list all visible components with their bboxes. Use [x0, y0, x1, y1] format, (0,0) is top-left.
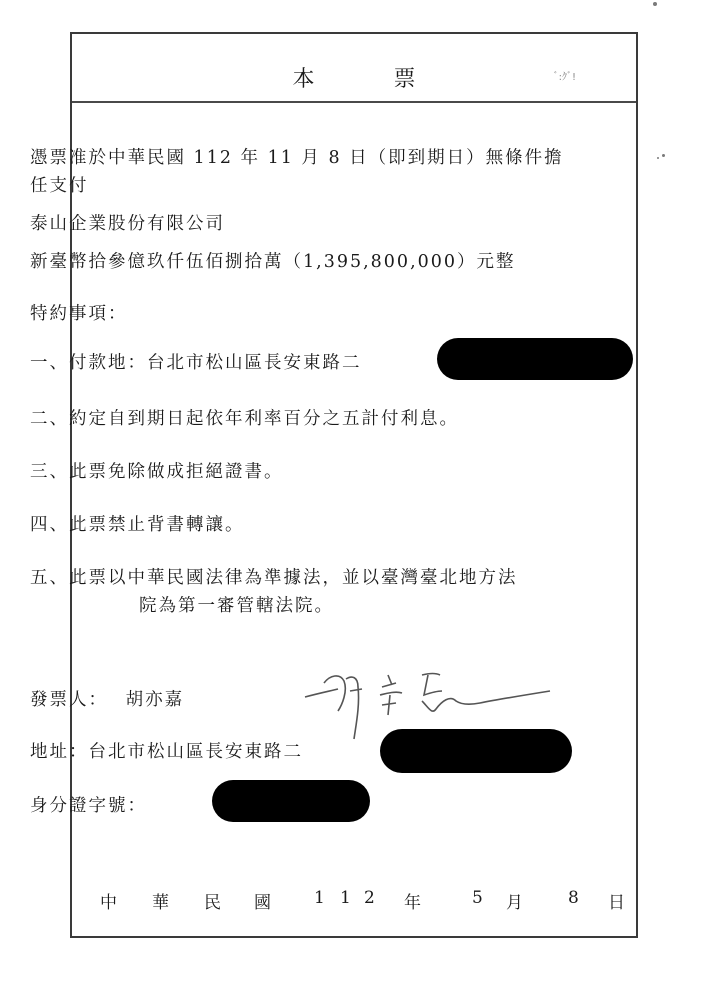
note-header: 本 票 ﾞ:ｸﾞ!: [72, 34, 636, 103]
term-2-interest: 二、約定自到期日起依年利率百分之五計付利息。: [30, 405, 459, 430]
term-1-payment-place: 一、付款地：台北市松山區長安東路二: [30, 349, 362, 374]
scan-speck: [662, 154, 665, 157]
date-year-digit: 1: [340, 888, 351, 908]
date-char: 國: [254, 888, 271, 913]
amount-line: 新臺幣拾參億玖仟伍佰捌拾萬（1,395,800,000）元整: [30, 248, 516, 273]
term-4-no-endorsement: 四、此票禁止背書轉讓。: [30, 511, 245, 536]
issuer-label: 發票人： 胡亦嘉: [30, 686, 184, 711]
payment-clause-line1: 憑票准於中華民國 112 年 11 月 8 日（即到期日）無條件擔: [30, 144, 564, 169]
term-3-protest-waiver: 三、此票免除做成拒絕證書。: [30, 458, 284, 483]
issuer-label-text: 發票人：: [30, 690, 108, 710]
date-char: 中: [100, 888, 117, 913]
date-day: 8: [568, 888, 579, 908]
special-terms-heading: 特約事項：: [30, 300, 128, 325]
scan-speck: [653, 2, 657, 6]
date-year-label: 年: [404, 888, 421, 913]
date-char: 民: [204, 888, 221, 913]
date-year-digit: 1: [314, 888, 325, 908]
note-title: 本 票: [72, 62, 636, 93]
date-char: 華: [152, 888, 169, 913]
date-month-label: 月: [506, 888, 523, 913]
issue-date: 中 華 民 國 1 1 2 年 5 月 8 日: [100, 888, 630, 912]
date-day-label: 日: [608, 888, 625, 913]
scan-speck: [657, 157, 659, 159]
redaction-issuer-address: [380, 729, 572, 773]
payment-clause-line2: 任支付: [30, 172, 89, 197]
issuer-name: 胡亦嘉: [126, 690, 185, 710]
date-year-digit: 2: [364, 888, 375, 908]
term-5-governing-law-line2: 院為第一審管轄法院。: [139, 592, 334, 617]
issuer-address-label: 地址：台北市松山區長安東路二: [30, 738, 303, 763]
redaction-payment-address: [437, 338, 633, 380]
date-month: 5: [472, 888, 483, 908]
issuer-id-label: 身分證字號：: [30, 792, 147, 817]
corner-mark: ﾞ:ｸﾞ!: [554, 68, 576, 83]
payee-name: 泰山企業股份有限公司: [30, 210, 225, 235]
term-5-governing-law-line1: 五、此票以中華民國法律為準據法，並以臺灣臺北地方法: [30, 564, 518, 589]
redaction-issuer-id: [212, 780, 370, 822]
